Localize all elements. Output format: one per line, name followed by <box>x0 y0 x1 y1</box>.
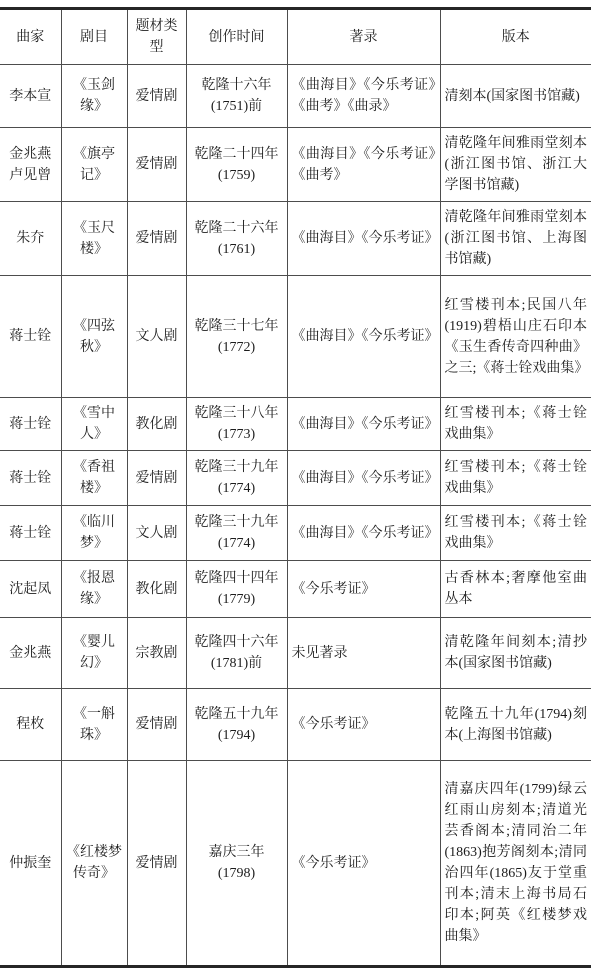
cell-date: 乾隆三十七年(1772) <box>186 276 287 398</box>
cell-playwright: 蒋士铨 <box>0 451 61 506</box>
cell-genre: 宗教剧 <box>127 618 186 689</box>
cell-editions: 清嘉庆四年(1799)绿云红雨山房刻本;清道光芸香阁本;清同治二年(1863)抱… <box>440 761 591 967</box>
header-genre: 题材类型 <box>127 9 186 65</box>
cell-playwright: 仲振奎 <box>0 761 61 967</box>
cell-date: 乾隆三十八年(1773) <box>186 398 287 451</box>
qing-opera-catalog-table: 曲家 剧目 题材类型 创作时间 著录 版本 李本宣 《玉剑缘》 爱情剧 乾隆十六… <box>0 7 591 968</box>
header-records: 著录 <box>287 9 440 65</box>
cell-date: 嘉庆三年(1798) <box>186 761 287 967</box>
cell-genre: 爱情剧 <box>127 128 186 202</box>
table-row: 仲振奎 《红楼梦传奇》 爱情剧 嘉庆三年(1798) 《今乐考证》 清嘉庆四年(… <box>0 761 591 967</box>
cell-play-title: 《香祖楼》 <box>61 451 127 506</box>
cell-playwright: 蒋士铨 <box>0 506 61 561</box>
cell-play-title: 《一斛珠》 <box>61 689 127 761</box>
header-date: 创作时间 <box>186 9 287 65</box>
cell-genre: 爱情剧 <box>127 65 186 128</box>
header-row: 曲家 剧目 题材类型 创作时间 著录 版本 <box>0 9 591 65</box>
table-row: 蒋士铨 《雪中人》 教化剧 乾隆三十八年(1773) 《曲海目》《今乐考证》 红… <box>0 398 591 451</box>
cell-records: 《今乐考证》 <box>287 761 440 967</box>
cell-editions: 红雪楼刊本;民国八年(1919)碧梧山庄石印本《玉生香传奇四种曲》之三;《蒋士铨… <box>440 276 591 398</box>
cell-editions: 古香林本;奢摩他室曲丛本 <box>440 561 591 618</box>
cell-records: 《今乐考证》 <box>287 689 440 761</box>
cell-playwright: 朱夰 <box>0 202 61 276</box>
cell-play-title: 《临川梦》 <box>61 506 127 561</box>
cell-genre: 爱情剧 <box>127 761 186 967</box>
cell-date: 乾隆三十九年(1774) <box>186 506 287 561</box>
cell-genre: 教化剧 <box>127 561 186 618</box>
table-row: 沈起凤 《报恩缘》 教化剧 乾隆四十四年(1779) 《今乐考证》 古香林本;奢… <box>0 561 591 618</box>
cell-date: 乾隆十六年(1751)前 <box>186 65 287 128</box>
cell-records: 《曲海目》《今乐考证》 <box>287 202 440 276</box>
header-play-title: 剧目 <box>61 9 127 65</box>
table-row: 程枚 《一斛珠》 爱情剧 乾隆五十九年(1794) 《今乐考证》 乾隆五十九年(… <box>0 689 591 761</box>
cell-date: 乾隆二十六年(1761) <box>186 202 287 276</box>
cell-editions: 红雪楼刊本;《蒋士铨戏曲集》 <box>440 506 591 561</box>
cell-play-title: 《报恩缘》 <box>61 561 127 618</box>
cell-date: 乾隆五十九年(1794) <box>186 689 287 761</box>
cell-genre: 文人剧 <box>127 276 186 398</box>
cell-records: 《曲海目》《今乐考证》 <box>287 451 440 506</box>
cell-editions: 清乾隆年间雅雨堂刻本(浙江图书馆、上海图书馆藏) <box>440 202 591 276</box>
cell-playwright: 蒋士铨 <box>0 398 61 451</box>
cell-records: 《曲海目》《今乐考证》 <box>287 506 440 561</box>
cell-play-title: 《雪中人》 <box>61 398 127 451</box>
cell-genre: 爱情剧 <box>127 689 186 761</box>
cell-play-title: 《旗亭记》 <box>61 128 127 202</box>
cell-playwright: 蒋士铨 <box>0 276 61 398</box>
cell-play-title: 《婴儿幻》 <box>61 618 127 689</box>
cell-editions: 红雪楼刊本;《蒋士铨戏曲集》 <box>440 398 591 451</box>
table-row: 朱夰 《玉尺楼》 爱情剧 乾隆二十六年(1761) 《曲海目》《今乐考证》 清乾… <box>0 202 591 276</box>
cell-playwright: 金兆燕卢见曾 <box>0 128 61 202</box>
cell-playwright: 金兆燕 <box>0 618 61 689</box>
cell-editions: 红雪楼刊本;《蒋士铨戏曲集》 <box>440 451 591 506</box>
header-editions: 版本 <box>440 9 591 65</box>
cell-date: 乾隆二十四年(1759) <box>186 128 287 202</box>
header-playwright: 曲家 <box>0 9 61 65</box>
cell-editions: 清乾隆年间刻本;清抄本(国家图书馆藏) <box>440 618 591 689</box>
cell-editions: 清刻本(国家图书馆藏) <box>440 65 591 128</box>
cell-editions: 乾隆五十九年(1794)刻本(上海图书馆藏) <box>440 689 591 761</box>
cell-playwright: 沈起凤 <box>0 561 61 618</box>
table-row: 金兆燕 《婴儿幻》 宗教剧 乾隆四十六年(1781)前 未见著录 清乾隆年间刻本… <box>0 618 591 689</box>
cell-records: 《今乐考证》 <box>287 561 440 618</box>
table-row: 李本宣 《玉剑缘》 爱情剧 乾隆十六年(1751)前 《曲海目》《今乐考证》《曲… <box>0 65 591 128</box>
cell-genre: 文人剧 <box>127 506 186 561</box>
table-row: 金兆燕卢见曾 《旗亭记》 爱情剧 乾隆二十四年(1759) 《曲海目》《今乐考证… <box>0 128 591 202</box>
cell-date: 乾隆四十四年(1779) <box>186 561 287 618</box>
cell-play-title: 《玉尺楼》 <box>61 202 127 276</box>
cell-records: 《曲海目》《今乐考证》 <box>287 276 440 398</box>
cell-genre: 教化剧 <box>127 398 186 451</box>
cell-records: 《曲海目》《今乐考证》 <box>287 398 440 451</box>
cell-playwright: 程枚 <box>0 689 61 761</box>
table-row: 蒋士铨 《香祖楼》 爱情剧 乾隆三十九年(1774) 《曲海目》《今乐考证》 红… <box>0 451 591 506</box>
cell-play-title: 《红楼梦传奇》 <box>61 761 127 967</box>
cell-editions: 清乾隆年间雅雨堂刻本(浙江图书馆、浙江大学图书馆藏) <box>440 128 591 202</box>
cell-playwright: 李本宣 <box>0 65 61 128</box>
cell-play-title: 《四弦秋》 <box>61 276 127 398</box>
cell-records: 未见著录 <box>287 618 440 689</box>
cell-records: 《曲海目》《今乐考证》《曲考》《曲录》 <box>287 65 440 128</box>
cell-play-title: 《玉剑缘》 <box>61 65 127 128</box>
cell-genre: 爱情剧 <box>127 451 186 506</box>
cell-date: 乾隆三十九年(1774) <box>186 451 287 506</box>
cell-genre: 爱情剧 <box>127 202 186 276</box>
cell-date: 乾隆四十六年(1781)前 <box>186 618 287 689</box>
table-row: 蒋士铨 《临川梦》 文人剧 乾隆三十九年(1774) 《曲海目》《今乐考证》 红… <box>0 506 591 561</box>
table-row: 蒋士铨 《四弦秋》 文人剧 乾隆三十七年(1772) 《曲海目》《今乐考证》 红… <box>0 276 591 398</box>
cell-records: 《曲海目》《今乐考证》《曲考》 <box>287 128 440 202</box>
